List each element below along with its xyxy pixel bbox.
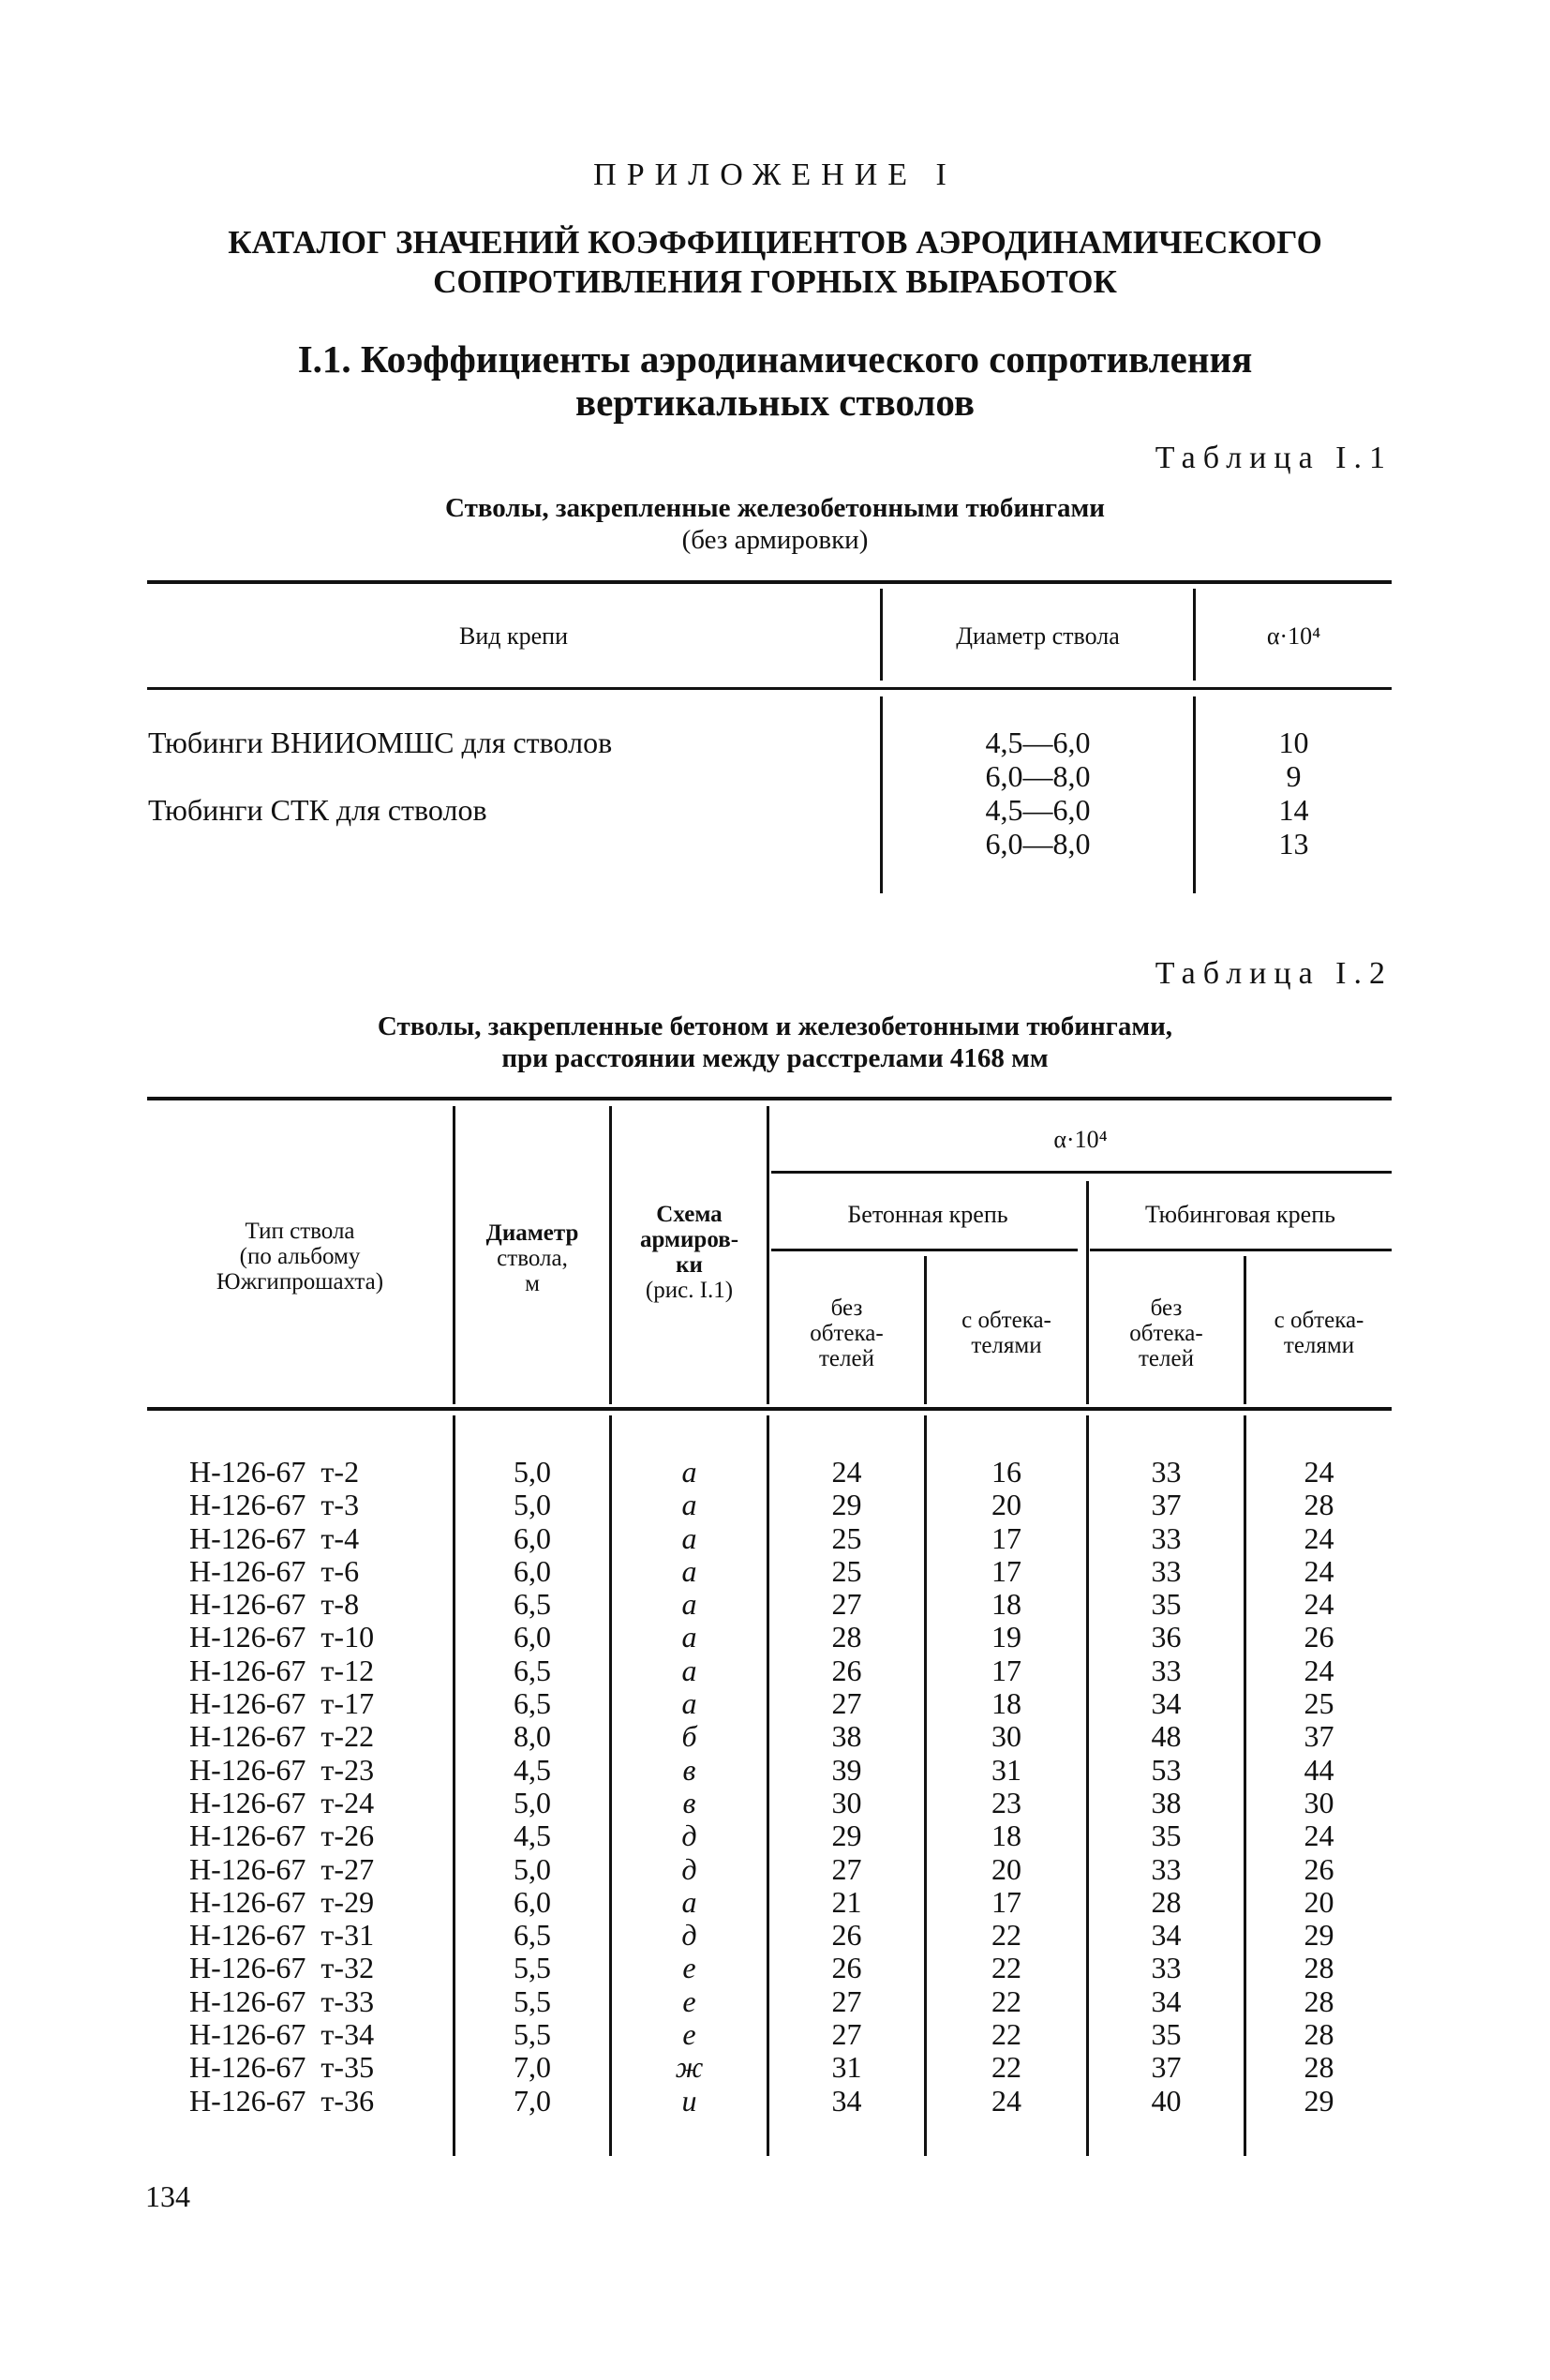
table-2-cell: б [612, 1720, 767, 1753]
table-2-cell: 26 [1246, 1621, 1392, 1654]
table-2-cell: 25 [769, 1555, 924, 1588]
table-2-cell: 33 [1089, 1522, 1244, 1555]
table-2-cell: е [612, 2018, 767, 2051]
table-2-header-concrete-with: с обтека- телями [927, 1308, 1086, 1358]
table-2-cell: 34 [1089, 1919, 1244, 1952]
table-2-cell: 24 [769, 1456, 924, 1489]
table-2-cell: Н-126-67 т-22 [189, 1720, 374, 1753]
table-2-cell: а [612, 1555, 767, 1588]
table-2-cell: 21 [769, 1886, 924, 1919]
table-1-diameter-column: 4,5—6,0 6,0—8,0 4,5—6,0 6,0—8,0 [883, 726, 1193, 861]
header-line: телей [769, 1346, 924, 1371]
table-2-cell: 20 [927, 1489, 1086, 1521]
table-2-cell: 26 [769, 1654, 924, 1687]
table-2-cell: Н-126-67 т-27 [189, 1853, 374, 1886]
header-line: (по альбому [147, 1244, 453, 1269]
table-2-cell: д [612, 1819, 767, 1852]
table-2-cell: 25 [769, 1522, 924, 1555]
table-2-header-tubing: Тюбинговая крепь [1089, 1202, 1392, 1227]
table-1-top-rule [147, 580, 1392, 584]
table-2-cell: 24 [1246, 1819, 1392, 1852]
table-1-caption-line-1: Стволы, закрепленные железобетонными тюб… [0, 492, 1550, 524]
table-2-cell: 18 [927, 1819, 1086, 1852]
table-2-cell: 23 [927, 1787, 1086, 1819]
table-2-cell: Н-126-67 т-33 [189, 1985, 374, 2018]
table-2-cell: 24 [1246, 1654, 1392, 1687]
table-2-cell: 6,0 [455, 1555, 609, 1588]
header-line: м [455, 1271, 609, 1296]
table-2-cell: а [612, 1687, 767, 1720]
table-1-cell: 6,0—8,0 [883, 759, 1193, 793]
header-line: телей [1089, 1346, 1244, 1371]
table-2-cell: 30 [1246, 1787, 1392, 1819]
table-2-cell: 37 [1089, 2051, 1244, 2084]
header-line: обтека- [1089, 1321, 1244, 1346]
table-2-cell: Н-126-67 т-34 [189, 2018, 374, 2051]
table-2-cell: 4,5 [455, 1754, 609, 1787]
table-2-cell: 18 [927, 1588, 1086, 1621]
table-2-cell: 28 [1246, 2051, 1392, 2084]
table-2-cell: а [612, 1621, 767, 1654]
table-2-alpha-rule [771, 1171, 1392, 1174]
header-line: Тип ствола [147, 1219, 453, 1244]
table-2-cell: 5,5 [455, 1985, 609, 2018]
table-2-cell: 40 [1089, 2085, 1244, 2118]
table-2-cell: 5,0 [455, 1456, 609, 1489]
table-2-cell: 35 [1089, 1588, 1244, 1621]
table-2-column-concrete-without: 2429252527282627383930292721262627273134 [769, 1456, 924, 2118]
table-2-cell: а [612, 1886, 767, 1919]
table-2-cell: а [612, 1489, 767, 1521]
table-2-cell: 22 [927, 1919, 1086, 1952]
table-2-cell: 22 [927, 1985, 1086, 2018]
header-line: ствола, [455, 1246, 609, 1271]
table-2-cell: 35 [1089, 1819, 1244, 1852]
table-2-cell: 22 [927, 2018, 1086, 2051]
table-2-cell: 44 [1246, 1754, 1392, 1787]
table-1-cell: 13 [1196, 827, 1392, 861]
table-2-cell: д [612, 1853, 767, 1886]
table-1-cell: 4,5—6,0 [883, 726, 1193, 759]
table-2-header-tubing-without: без обтека- телей [1089, 1295, 1244, 1371]
table-1-header-alpha: α·10⁴ [1196, 622, 1392, 651]
table-2-cell: 16 [927, 1456, 1086, 1489]
header-line: обтека- [769, 1321, 924, 1346]
table-1-caption-line-2: (без армировки) [0, 524, 1550, 556]
header-line: ки [612, 1252, 767, 1278]
table-2-header-concrete-without: без обтека- телей [769, 1295, 924, 1371]
table-2-column-type: Н-126-67 т-2Н-126-67 т-3Н-126-67 т-4Н-12… [189, 1456, 374, 2118]
table-2-cell: е [612, 1952, 767, 1984]
table-2-concrete-rule [771, 1249, 1078, 1251]
table-1-cell: 14 [1196, 793, 1392, 827]
table-2-cell: 33 [1089, 1456, 1244, 1489]
table-2-cell: 29 [1246, 2085, 1392, 2118]
table-2-cell: 18 [927, 1687, 1086, 1720]
table-2-cell: 35 [1089, 2018, 1244, 2051]
table-2-cell: 27 [769, 1853, 924, 1886]
catalog-title-line-2: СОПРОТИВЛЕНИЯ ГОРНЫХ ВЫРАБОТОК [0, 262, 1550, 302]
table-2-cell: 6,5 [455, 1654, 609, 1687]
table-2-cell: 37 [1089, 1489, 1244, 1521]
table-2-cell: 33 [1089, 1555, 1244, 1588]
section-title-line-1: I.1. Коэффициенты аэродинамического сопр… [0, 337, 1550, 381]
table-2-cell: 29 [769, 1819, 924, 1852]
table-2-cell: 22 [927, 2051, 1086, 2084]
header-line: Южгипрошахта) [147, 1269, 453, 1295]
table-2-cell: 26 [1246, 1853, 1392, 1886]
table-2-cell: 39 [769, 1754, 924, 1787]
table-2-caption-line-1: Стволы, закрепленные бетоном и железобет… [0, 1010, 1550, 1042]
table-2-cell: 33 [1089, 1853, 1244, 1886]
table-1-cell: 10 [1196, 726, 1392, 759]
table-2-cell: 48 [1089, 1720, 1244, 1753]
table-1-header-diameter: Диаметр ствола [883, 622, 1193, 651]
table-1-header-rule [147, 687, 1392, 690]
table-2-cell: Н-126-67 т-6 [189, 1555, 374, 1588]
table-2-cell: Н-126-67 т-17 [189, 1687, 374, 1720]
table-2-cell: 28 [769, 1621, 924, 1654]
table-2-cell: 20 [927, 1853, 1086, 1886]
table-2-cell: 17 [927, 1886, 1086, 1919]
header-line: Диаметр [455, 1220, 609, 1246]
table-2-cell: е [612, 1985, 767, 2018]
table-2-cell: в [612, 1787, 767, 1819]
table-2-cell: 28 [1246, 1952, 1392, 1984]
table-2-cell: 6,5 [455, 1919, 609, 1952]
table-2-cell: 34 [769, 2085, 924, 2118]
table-2-cell: 5,0 [455, 1489, 609, 1521]
table-2-cell: 7,0 [455, 2051, 609, 2084]
table-2-cell: 20 [1246, 1886, 1392, 1919]
table-2-cell: а [612, 1456, 767, 1489]
table-2-cell: 17 [927, 1555, 1086, 1588]
table-2-cell: 6,0 [455, 1621, 609, 1654]
table-2-cell: 38 [1089, 1787, 1244, 1819]
table-2-header-rule [147, 1407, 1392, 1411]
table-2-cell: ж [612, 2051, 767, 2084]
table-2-cell: 24 [1246, 1588, 1392, 1621]
table-2-cell: 34 [1089, 1687, 1244, 1720]
table-2-cell: 17 [927, 1522, 1086, 1555]
table-1-caption: Стволы, закрепленные железобетонными тюб… [0, 492, 1550, 556]
table-2-cell: Н-126-67 т-32 [189, 1952, 374, 1984]
table-2-cell: 5,0 [455, 1787, 609, 1819]
table-2-caption-line-2: при расстоянии между расстрелами 4168 мм [0, 1042, 1550, 1074]
table-2-tubing-rule [1090, 1249, 1392, 1251]
table-2-cell: д [612, 1919, 767, 1952]
table-2-cell: Н-126-67 т-3 [189, 1489, 374, 1521]
header-line: телями [927, 1333, 1086, 1358]
table-2-cell: Н-126-67 т-12 [189, 1654, 374, 1687]
table-2-header-scheme: Схема армиров- ки (рис. I.1) [612, 1202, 767, 1303]
table-2-cell: 37 [1246, 1720, 1392, 1753]
table-1-number: Таблица I.1 [1155, 441, 1393, 476]
table-2-cell: 27 [769, 1687, 924, 1720]
table-1-row-label: Тюбинги СТК для стволов [148, 793, 487, 828]
table-2-cell: 28 [1246, 2018, 1392, 2051]
table-2-cell: 29 [1246, 1919, 1392, 1952]
table-2-cell: 28 [1089, 1886, 1244, 1919]
catalog-title: КАТАЛОГ ЗНАЧЕНИЙ КОЭФФИЦИЕНТОВ АЭРОДИНАМ… [0, 223, 1550, 302]
table-2-cell: 28 [1246, 1985, 1392, 2018]
table-2-header-alpha: α·10⁴ [769, 1127, 1392, 1152]
table-2-column-scheme: аааааааабввддадееежи [612, 1456, 767, 2118]
table-2-cell: Н-126-67 т-29 [189, 1886, 374, 1919]
table-2-cell: 7,0 [455, 2085, 609, 2118]
table-2-cell: 53 [1089, 1754, 1244, 1787]
table-2-cell: Н-126-67 т-10 [189, 1621, 374, 1654]
table-2-cell: Н-126-67 т-31 [189, 1919, 374, 1952]
header-line: без [769, 1295, 924, 1321]
table-2-cell: 33 [1089, 1654, 1244, 1687]
table-2-cell: 19 [927, 1621, 1086, 1654]
header-line: армиров- [612, 1227, 767, 1252]
table-2-cell: Н-126-67 т-35 [189, 2051, 374, 2084]
table-1-cell: 4,5—6,0 [883, 793, 1193, 827]
header-line: телями [1246, 1333, 1392, 1358]
table-2-cell: 22 [927, 1952, 1086, 1984]
table-2-top-rule [147, 1097, 1392, 1100]
header-line: Схема [612, 1202, 767, 1227]
table-2-cell: а [612, 1588, 767, 1621]
header-line: без [1089, 1295, 1244, 1321]
table-2-cell: 5,5 [455, 2018, 609, 2051]
header-line: с обтека- [927, 1308, 1086, 1333]
table-2-cell: 6,0 [455, 1522, 609, 1555]
header-line: с обтека- [1246, 1308, 1392, 1333]
table-2-cell: 25 [1246, 1687, 1392, 1720]
table-2-header-diameter: Диаметр ствола, м [455, 1220, 609, 1296]
table-1-cell: 9 [1196, 759, 1392, 793]
table-2-column-tubing-without: 3337333335363334485338353328343334353740 [1089, 1456, 1244, 2118]
table-2-cell: 8,0 [455, 1720, 609, 1753]
table-2-cell: а [612, 1654, 767, 1687]
table-2-cell: 33 [1089, 1952, 1244, 1984]
table-2-header-concrete: Бетонная крепь [769, 1202, 1086, 1227]
table-2-cell: 28 [1246, 1489, 1392, 1521]
table-2-cell: Н-126-67 т-2 [189, 1456, 374, 1489]
table-2-cell: 38 [769, 1720, 924, 1753]
table-2-cell: 26 [769, 1952, 924, 1984]
table-2-cell: Н-126-67 т-4 [189, 1522, 374, 1555]
table-2-cell: 30 [769, 1787, 924, 1819]
section-title-line-2: вертикальных стволов [0, 381, 1550, 424]
table-1-cell: 6,0—8,0 [883, 827, 1193, 861]
table-2-column-tubing-with: 2428242424262425374430242620292828282829 [1246, 1456, 1392, 2118]
table-2-cell: Н-126-67 т-23 [189, 1754, 374, 1787]
table-1-alpha-column: 10 9 14 13 [1196, 726, 1392, 861]
appendix-label: ПРИЛОЖЕНИЕ I [0, 157, 1550, 193]
section-title: I.1. Коэффициенты аэродинамического сопр… [0, 337, 1550, 424]
table-2-cell: 29 [769, 1489, 924, 1521]
header-line: (рис. I.1) [612, 1278, 767, 1303]
table-1-header-support-type: Вид крепи [147, 622, 880, 651]
table-2-cell: 26 [769, 1919, 924, 1952]
table-2-cell: 24 [1246, 1522, 1392, 1555]
table-2-cell: 6,5 [455, 1588, 609, 1621]
table-2-cell: 6,5 [455, 1687, 609, 1720]
table-2-cell: 24 [1246, 1456, 1392, 1489]
table-2-column-concrete-with: 1620171718191718303123182017222222222224 [927, 1456, 1086, 2118]
table-2-cell: Н-126-67 т-36 [189, 2085, 374, 2118]
table-1-row-label: Тюбинги ВНИИОМШС для стволов [148, 726, 612, 760]
table-2-cell: 27 [769, 1985, 924, 2018]
table-2-cell: Н-126-67 т-8 [189, 1588, 374, 1621]
table-2-cell: 5,5 [455, 1952, 609, 1984]
table-2-cell: 4,5 [455, 1819, 609, 1852]
table-2-cell: 27 [769, 1588, 924, 1621]
table-2-number: Таблица I.2 [1155, 956, 1393, 992]
table-2-cell: 36 [1089, 1621, 1244, 1654]
page-number: 134 [145, 2179, 190, 2214]
table-2-caption: Стволы, закрепленные бетоном и железобет… [0, 1010, 1550, 1074]
table-2-cell: 24 [1246, 1555, 1392, 1588]
table-2-cell: 34 [1089, 1985, 1244, 2018]
table-2-cell: 31 [927, 1754, 1086, 1787]
table-2-cell: 31 [769, 2051, 924, 2084]
table-2-cell: 6,0 [455, 1886, 609, 1919]
table-2-cell: а [612, 1522, 767, 1555]
table-2-cell: в [612, 1754, 767, 1787]
table-2-cell: 30 [927, 1720, 1086, 1753]
table-2-cell: 17 [927, 1654, 1086, 1687]
table-2-column-diameter: 5,05,06,06,06,56,06,56,58,04,55,04,55,06… [455, 1456, 609, 2118]
table-2-cell: 5,0 [455, 1853, 609, 1886]
table-2-cell: 24 [927, 2085, 1086, 2118]
table-2-cell: и [612, 2085, 767, 2118]
catalog-title-line-1: КАТАЛОГ ЗНАЧЕНИЙ КОЭФФИЦИЕНТОВ АЭРОДИНАМ… [0, 223, 1550, 262]
table-2-cell: 27 [769, 2018, 924, 2051]
table-2-cell: Н-126-67 т-24 [189, 1787, 374, 1819]
table-2-header-tubing-with: с обтека- телями [1246, 1308, 1392, 1358]
table-2-header-shaft-type: Тип ствола (по альбому Южгипрошахта) [147, 1219, 453, 1295]
table-2-cell: Н-126-67 т-26 [189, 1819, 374, 1852]
